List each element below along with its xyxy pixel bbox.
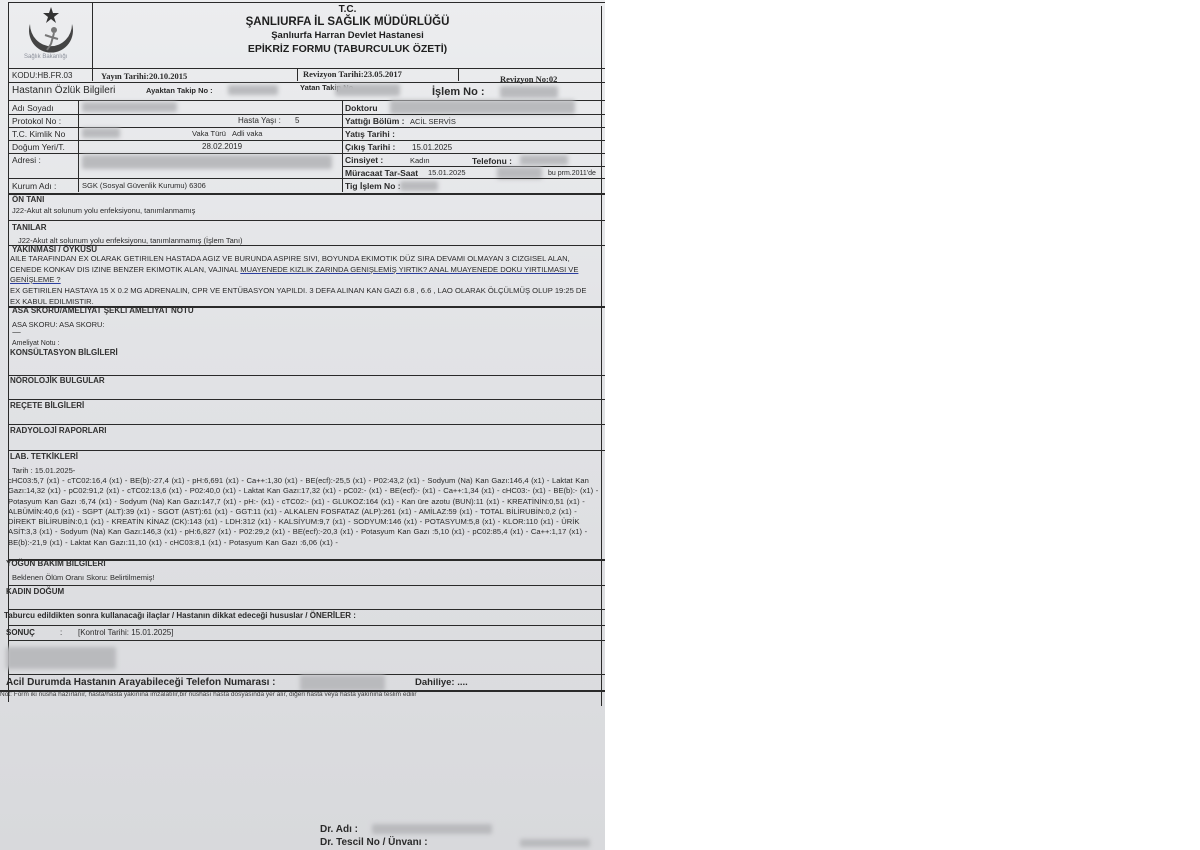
name-redacted <box>82 102 177 112</box>
publish-date: Yayın Tarihi:20.10.2015 <box>101 71 187 81</box>
asa-title: ASA SKORU/AMELİYAT ŞEKLİ AMELİYAT NOTU <box>12 306 194 315</box>
epikriz-form-page: Sağlık Bakanlığı T.C. ŞANLIURFA İL SAĞLI… <box>0 0 605 850</box>
tc-id-label: T.C. Kimlik No <box>12 129 65 139</box>
grid-row-line <box>342 166 605 167</box>
complaint-title: YAKINMASI / ÖYKÜSÜ <box>12 245 97 254</box>
emergency-phone-label: Acil Durumda Hastanın Arayabileceği Tele… <box>6 677 276 688</box>
meta-divider-2 <box>297 68 298 81</box>
consultation-title: KONSÜLTASYON BİLGİLERİ <box>10 348 118 357</box>
section-divider <box>8 193 605 195</box>
header-top-border <box>8 2 605 3</box>
radiology-title: RADYOLOJİ RAPORLARI <box>10 426 106 435</box>
diagnoses-title: TANILAR <box>12 223 47 232</box>
outpatient-tracking-label: Ayaktan Takip No : <box>146 86 213 95</box>
surgery-note-label: Ameliyat Notu : <box>12 340 59 347</box>
discharge-date-label: Çıkış Tarihi : <box>345 142 395 152</box>
section-divider <box>8 220 605 221</box>
patient-info-title: Hastanın Özlük Bilgileri <box>12 85 115 96</box>
institution-label: Kurum Adı : <box>12 181 56 191</box>
result-label: SONUÇ <box>6 628 35 637</box>
phone-redacted <box>520 155 568 165</box>
doctor-registration-label: Dr. Tescil No / Ünvanı : <box>320 837 428 848</box>
obstetrics-title: KADIN DOĞUM <box>6 587 64 596</box>
gender-label: Cinsiyet : <box>345 155 383 165</box>
grid-row-line <box>8 114 605 115</box>
process-no-redacted <box>500 86 558 98</box>
asa-score: ASA SKORU: ASA SKORU: <box>12 320 105 329</box>
section-divider <box>8 585 605 586</box>
icu-text: Beklenen Ölüm Oranı Skoru: Belirtilmemiş… <box>12 573 155 582</box>
asa-dash: -------- <box>12 330 20 336</box>
form-right-border <box>601 6 602 706</box>
doctor-registration-redacted <box>520 839 590 847</box>
icu-title: YOĞUN BAKIM BİLGİLERİ <box>6 559 106 568</box>
doctor-label: Doktoru <box>345 103 378 113</box>
grid-row-line <box>8 153 605 154</box>
section-divider <box>8 625 605 626</box>
ministry-logo: Sağlık Bakanlığı <box>14 4 88 64</box>
discharge-recommendations-title: Taburcu edildikten sonra kullanacağı ila… <box>4 611 356 620</box>
header-form-title: EPİKRİZ FORMU (TABURCULUK ÖZETİ) <box>95 43 600 55</box>
application-date: 15.01.2025 <box>428 168 466 177</box>
case-type-value: Adli vaka <box>232 129 262 138</box>
prescription-title: REÇETE BİLGİLERİ <box>10 401 84 410</box>
form-left-border <box>8 2 9 702</box>
gender-value: Kadın <box>410 156 430 165</box>
tig-label: Tig İşlem No : <box>345 181 401 191</box>
grid-row-line <box>8 140 605 141</box>
process-no-label: İşlem No : <box>432 86 485 98</box>
pre-diagnosis-text: J22-Akut alt solunum yolu enfeksiyonu, t… <box>12 206 195 215</box>
doctor-name-redacted <box>372 824 492 834</box>
section-divider <box>8 450 605 451</box>
case-type-label: Vaka Türü <box>192 129 226 138</box>
lab-results: cHC03:5,7 (x1) - cTC02:16,4 (x1) - BE(b)… <box>8 476 600 548</box>
name-label: Adı Soyadı <box>12 103 54 113</box>
diagnoses-text: J22-Akut alt solunum yolu enfeksiyonu, t… <box>18 236 243 245</box>
logo-divider <box>92 2 93 68</box>
result-colon: : <box>60 628 62 637</box>
header-tc: T.C. <box>95 4 600 15</box>
revision-date: Revizyon Tarihi:23.05.2017 <box>303 69 402 79</box>
section-divider <box>8 399 605 400</box>
phone-label: Telefonu : <box>472 156 512 166</box>
extension-label: Dahiliye: .... <box>415 677 468 688</box>
birth-label: Doğum Yeri/T. <box>12 142 65 152</box>
outpatient-tracking-redacted <box>228 85 278 95</box>
doctor-name-label: Dr. Adı : <box>320 824 358 835</box>
doctor-redacted <box>390 100 575 114</box>
protocol-label: Protokol No : <box>12 116 61 126</box>
admission-date-label: Yatış Tarihi : <box>345 129 395 139</box>
form-code: KODU:HB.FR.03 <box>12 71 72 80</box>
section-divider <box>8 609 605 610</box>
ward-value: ACİL SERVİS <box>410 117 456 126</box>
lab-date: Tarih : 15.01.2025- <box>12 466 75 475</box>
neurological-title: NÖROLOJİK BULGULAR <box>10 376 105 385</box>
result-text-redacted <box>6 647 116 669</box>
logo-caption: Sağlık Bakanlığı <box>24 54 67 60</box>
age-label: Hasta Yaşı : <box>238 116 281 125</box>
emergency-phone-redacted <box>300 675 385 691</box>
address-label: Adresi : <box>12 155 41 165</box>
section-divider <box>8 245 605 246</box>
age-value: 5 <box>295 116 299 125</box>
complaint-paragraph-1: AILE TARAFINDAN EX OLARAK GETIRILEN HAST… <box>10 254 590 286</box>
address-redacted <box>82 155 332 169</box>
control-date: [Kontrol Tarihi: 15.01.2025] <box>78 628 173 637</box>
application-date-label: Müracaat Tar-Saat <box>345 168 418 178</box>
header-hospital: Şanlıurfa Harran Devlet Hastanesi <box>95 30 600 41</box>
institution-value: SGK (Sosyal Güvenlik Kurumu) 6306 <box>82 181 206 190</box>
ward-label: Yattığı Bölüm : <box>345 116 405 126</box>
bu-prm-note: bu prm.2011'de <box>548 170 596 177</box>
grid-row-line <box>8 178 605 179</box>
lab-title: LAB. TETKİKLERİ <box>10 452 78 461</box>
section-divider <box>8 424 605 425</box>
header-directorate: ŞANLIURFA İL SAĞLIK MÜDÜRLÜĞÜ <box>95 16 600 28</box>
footer-note: Not: Form iki nüsha hazırlanır, hasta/ha… <box>0 691 417 698</box>
section-divider <box>8 640 605 641</box>
meta-divider-1 <box>92 68 93 81</box>
meta-divider-3 <box>458 68 459 81</box>
tc-id-redacted <box>82 128 120 138</box>
inpatient-tracking-redacted <box>335 84 400 96</box>
tig-redacted <box>400 181 438 191</box>
birth-date: 28.02.2019 <box>202 142 242 151</box>
discharge-date: 15.01.2025 <box>412 143 452 152</box>
pre-diagnosis-title: ÖN TANI <box>12 195 44 204</box>
complaint-paragraph-2: EX GETIRILEN HASTAYA 15 X 0.2 MG ADRENAL… <box>10 286 590 307</box>
